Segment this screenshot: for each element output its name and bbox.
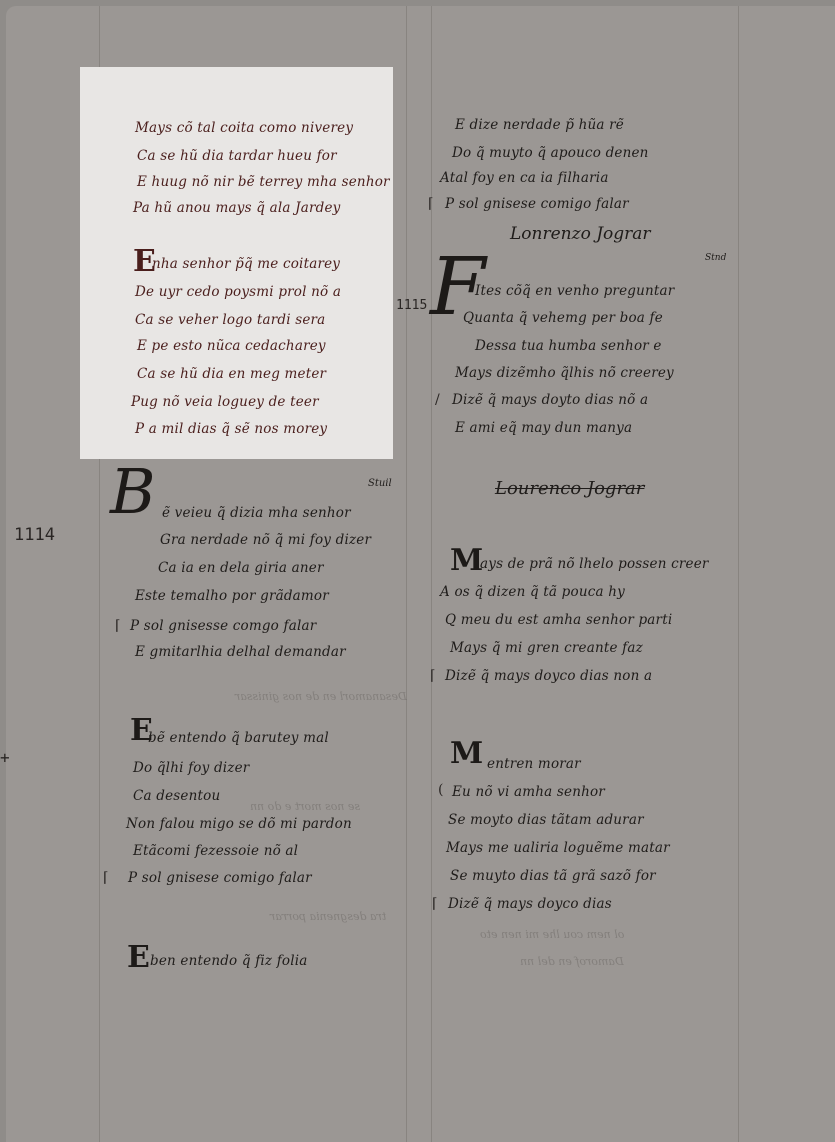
- decorated-initial-b: B: [110, 455, 156, 528]
- struck-author-attribution: Lourenco Jograr: [495, 478, 644, 499]
- verse-line: Dizẽ q̃ mays doyco dias non a: [445, 668, 652, 684]
- initial-letter: E: [127, 940, 150, 975]
- verse-line: Quanta q̃ vehemg per boa fe: [463, 310, 663, 326]
- paragraph-mark: /: [435, 392, 440, 408]
- verse-line: E gmitarlhia delhal demandar: [135, 644, 346, 660]
- ruling-line: [738, 6, 739, 1142]
- verse-line: Atal foy en ca ia filharia: [440, 170, 609, 186]
- verse-line: Ca se hũ dia en meg meter: [137, 366, 326, 382]
- verse-line: Mays cõ tal coita como niverey: [135, 120, 353, 136]
- margin-note: Stuil: [368, 478, 392, 489]
- verse-line: ays de prã nõ lhelo possen creer: [480, 556, 709, 572]
- ruling-line: [431, 6, 432, 1142]
- bleed-through-text: Desanamorl en de nos ginissar: [235, 690, 407, 703]
- verse-line: bẽ entendo q̃ barutey mal: [148, 730, 329, 746]
- verse-line: E ami eq̃ may dun manya: [455, 420, 632, 436]
- paragraph-mark: ⌈: [428, 196, 433, 212]
- verse-line: Q meu du est amha senhor parti: [445, 612, 672, 628]
- paragraph-mark: (: [438, 782, 443, 798]
- verse-line: A os q̃ dizen q̃ tã pouca hy: [440, 584, 625, 600]
- verse-line: Ca se veher logo tardi sera: [135, 312, 325, 328]
- verse-line: De uyr cedo poysmi prol nõ a: [135, 284, 341, 300]
- ruling-line: [406, 6, 407, 1142]
- bleed-through-text: Damorof en del nn: [520, 955, 624, 968]
- initial-letter: M: [450, 543, 483, 578]
- margin-note: Stnd: [705, 253, 726, 263]
- verse-line: Ca desentou: [133, 788, 220, 804]
- verse-line: Dessa tua humba senhor e: [475, 338, 662, 354]
- verse-line: Dizẽ q̃ mays doyto dias nõ a: [452, 392, 648, 408]
- verse-line: Pa hũ anou mays q̃ ala Jardey: [133, 200, 340, 216]
- verse-line: E huug nõ nir bẽ terrey mha senhor: [137, 174, 390, 190]
- verse-line: E dize nerdade p̃ hũa rẽ: [455, 117, 624, 133]
- folio-number-left: 1114: [14, 525, 55, 545]
- bleed-through-text: se nos mort e do nn: [250, 800, 360, 813]
- verse-line: Dizẽ q̃ mays doyco dias: [448, 896, 612, 912]
- verse-line: nha senhor p̃q̃ me coitarey: [152, 256, 340, 272]
- verse-line: Pug nõ veia loguey de teer: [131, 394, 319, 410]
- verse-line: P sol gnisese comigo falar: [128, 870, 312, 886]
- verse-line: Ca se hũ dia tardar hueu for: [137, 148, 337, 164]
- verse-line: Eu nõ vi amha senhor: [452, 784, 605, 800]
- verse-line: Ca ia en dela giria aner: [158, 560, 324, 576]
- paragraph-mark: ⌈: [115, 618, 120, 634]
- verse-line: P sol gnisesse comgo falar: [130, 618, 316, 634]
- verse-line: ẽ veieu q̃ dizia mha senhor: [162, 505, 351, 521]
- verse-line: Ites cõq̃ en venho preguntar: [475, 283, 674, 299]
- paragraph-mark: ⌈: [103, 870, 108, 886]
- initial-letter: M: [450, 736, 483, 771]
- bleed-through-text: ol nem cou lhe mi nen eto: [480, 928, 624, 941]
- verse-line: Do q̃lhi foy dizer: [133, 760, 249, 776]
- verse-line: Mays q̃ mi gren creante faz: [450, 640, 643, 656]
- verse-line: entren morar: [487, 756, 581, 772]
- verse-line: P sol gnisese comigo falar: [445, 196, 629, 212]
- verse-line: Se moyto dias tãtam adurar: [448, 812, 644, 828]
- folio-number-center: 1115: [396, 298, 427, 313]
- verse-line: Se muyto dias tã grã sazõ for: [450, 868, 656, 884]
- cross-mark: +: [0, 748, 10, 767]
- bleed-through-text: tra desgnenia porrar: [270, 910, 386, 923]
- verse-line: P a mil dias q̃ sẽ nos morey: [135, 421, 327, 437]
- verse-line: Etãcomi fezessoie nõ al: [133, 843, 298, 859]
- verse-line: Do q̃ muyto q̃ apouco denen: [452, 145, 649, 161]
- verse-line: Mays me ualiria loguẽme matar: [446, 840, 670, 856]
- verse-line: Non falou migo se dõ mi pardon: [126, 816, 352, 832]
- verse-line: Este temalho por grãdamor: [135, 588, 329, 604]
- paragraph-mark: ⌈: [432, 896, 437, 912]
- paragraph-mark: ⌈: [430, 668, 435, 684]
- verse-line: E pe esto nũca cedacharey: [137, 338, 326, 354]
- verse-line: Mays dizẽmho q̃lhis nõ creerey: [455, 365, 674, 381]
- verse-line: Gra nerdade nõ q̃ mi foy dizer: [160, 532, 371, 548]
- verse-line: ben entendo q̃ fiz folia: [150, 953, 308, 969]
- author-attribution: Lonrenzo Jograr: [510, 224, 651, 244]
